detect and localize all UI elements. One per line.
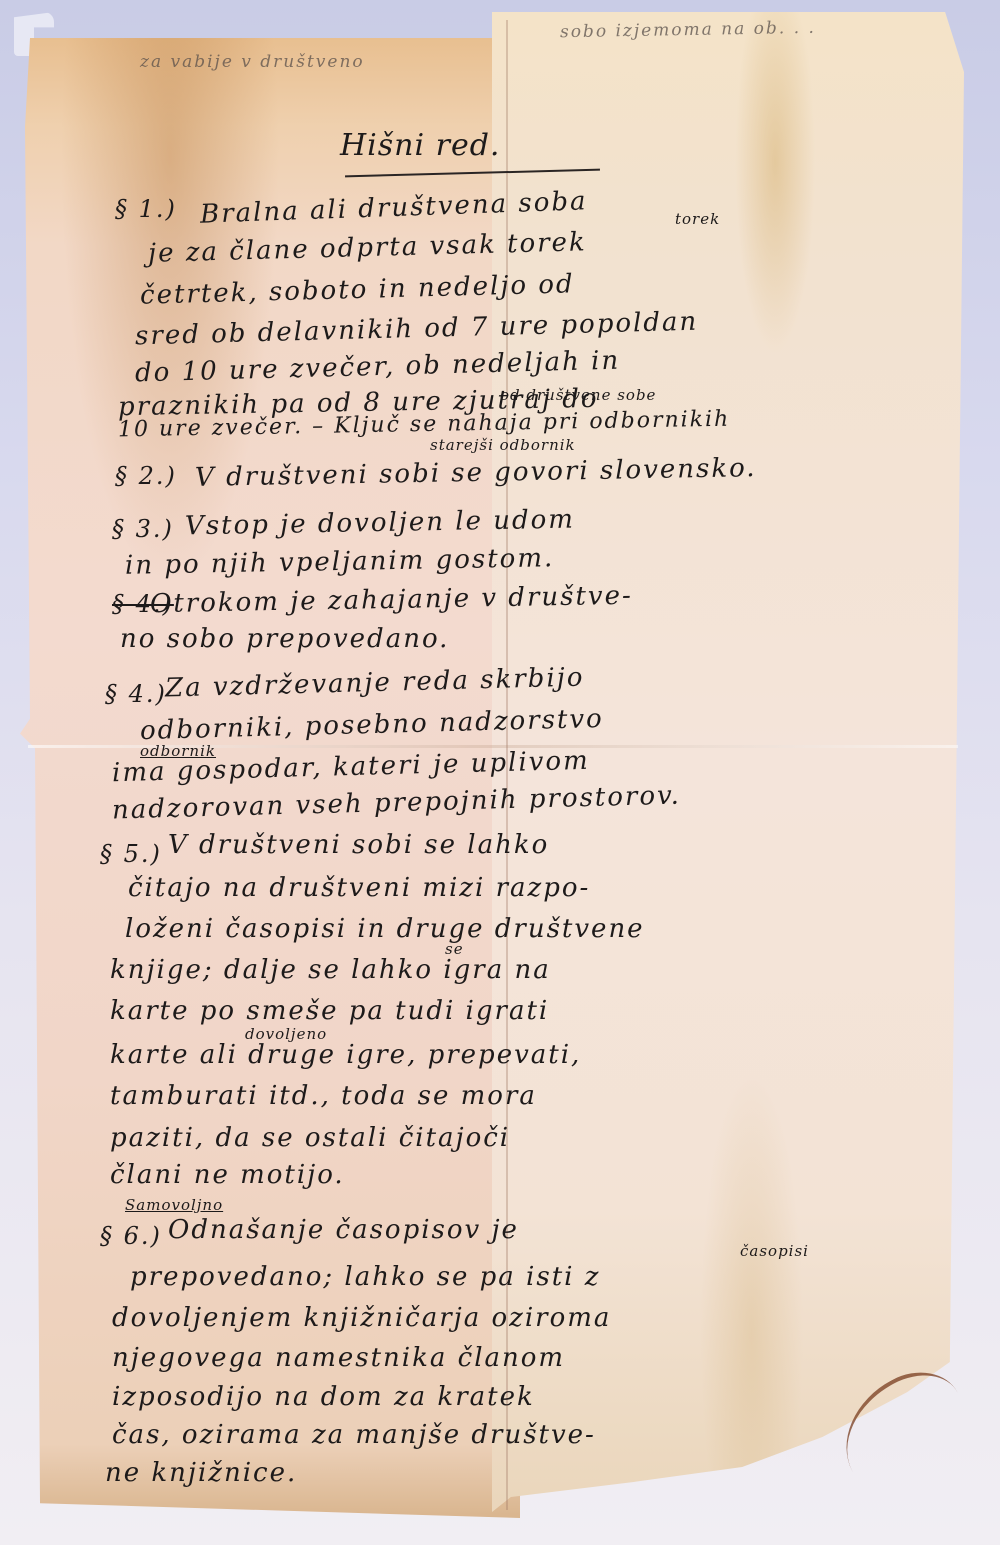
section-5-line-5: karte po smeše pa tudi igrati [110,996,549,1026]
section-5-line-1: V društveni sobi se lahko [168,830,549,860]
section-5-line-4: knjige; dalje se lahko igra na [110,955,551,985]
section-6-line-4: njegovega namestnika članom [112,1343,565,1373]
section-5-line-3: loženi časopisi in druge društvene [125,914,645,944]
section-6-line-5: izposodijo na dom za kratek [112,1382,535,1412]
section-6-line-2: prepovedano; lahko se pa isti z [130,1262,600,1292]
pencil-note-left: za vabije v društveno [140,52,365,72]
section-5-line-7: tamburati itd., toda se mora [110,1081,537,1111]
section-1-insertion-odbornik: starejši odbornik [430,436,576,454]
section-1-mark: § 1.) [115,195,177,223]
section-2-mark: § 2.) [115,462,177,490]
section-6-mark: § 6.) [100,1222,162,1250]
section-5-line-8: paziti, da se ostali čitajoči [110,1123,510,1153]
section-1-insertion-sobe: od društvene sobe [500,386,656,404]
section-5-mark: § 5.) [100,840,162,868]
section-6-line-3: dovoljenjem knjižničarja oziroma [112,1303,611,1333]
section-5-line-6: karte ali druge igre, prepevati, [110,1040,581,1070]
section-5-line-9: člani ne motijo. [110,1160,345,1190]
section-3-mark: § 3.) [112,515,174,543]
section-struck-line-2: no sobo prepovedano. [120,624,449,654]
section-6-line-1: Odnašanje časopisov je [168,1215,519,1245]
section-6-insertion-samovoljno: Samovoljno [125,1196,223,1214]
section-4-mark: § 4.) [105,680,167,708]
section-6-insertion-casopisi: časopisi [740,1242,809,1260]
section-1-insertion-torek: torek [675,210,720,228]
section-6-line-6: čas, ozirama za manjše društve- [112,1420,596,1450]
section-6-line-7: ne knjižnice. [105,1458,297,1488]
document-title: Hišni red. [340,128,500,163]
section-5-line-2: čitajo na društveni mizi razpo- [128,873,590,903]
